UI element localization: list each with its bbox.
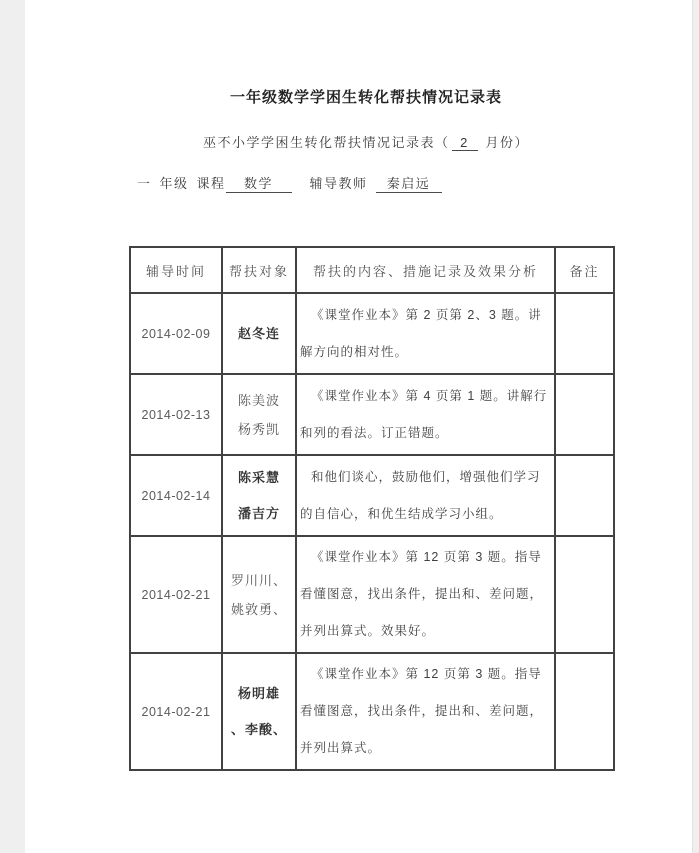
table-row: 2014-02-09 赵冬连 《课堂作业本》第 2 页第 2、3 题。讲解方向的… [130,293,614,374]
col-header-students: 帮扶对象 [222,247,296,293]
col-header-content: 帮扶的内容、措施记录及效果分析 [296,247,555,293]
cell-note [555,293,614,374]
subtitle-line: 巫不小学学困生转化帮扶情况记录表（2月份） [129,132,603,151]
subtitle-suffix: 月份） [486,135,530,150]
record-table-body: 2014-02-09 赵冬连 《课堂作业本》第 2 页第 2、3 题。讲解方向的… [130,293,614,770]
cell-record-content: 和他们谈心，鼓励他们，增强他们学习的自信心，和优生结成学习小组。 [296,455,555,536]
cell-tutoring-date: 2014-02-13 [130,374,222,455]
cell-tutoring-date: 2014-02-21 [130,536,222,653]
page-title: 一年级数学学困生转化帮扶情况记录表 [129,86,603,107]
cell-tutoring-date: 2014-02-14 [130,455,222,536]
cell-note [555,455,614,536]
left-page-margin [0,0,26,853]
cell-record-content: 《课堂作业本》第 2 页第 2、3 题。讲解方向的相对性。 [296,293,555,374]
course-label: 课程 [197,176,226,191]
table-row: 2014-02-21 杨明雄、李酸、 《课堂作业本》第 12 页第 3 题。指导… [130,653,614,770]
document-page: 一年级数学学困生转化帮扶情况记录表 巫不小学学困生转化帮扶情况记录表（2月份） … [25,0,693,853]
cell-record-content: 《课堂作业本》第 12 页第 3 题。指导看懂图意，找出条件，提出和、差问题，并… [296,536,555,653]
teacher-label: 辅导教师 [310,176,368,191]
table-row: 2014-02-21 罗川川、姚敦勇、 《课堂作业本》第 12 页第 3 题。指… [130,536,614,653]
col-header-note: 备注 [555,247,614,293]
grade-value: 一 [137,176,152,191]
right-page-margin [692,0,699,853]
grade-label: 年级 [160,176,189,191]
table-row: 2014-02-13 陈美波杨秀凯 《课堂作业本》第 4 页第 1 题。讲解行和… [130,374,614,455]
cell-student-names: 杨明雄、李酸、 [222,653,296,770]
cell-student-names: 赵冬连 [222,293,296,374]
cell-tutoring-date: 2014-02-21 [130,653,222,770]
cell-note [555,374,614,455]
col-header-time: 辅导时间 [130,247,222,293]
cell-record-content: 《课堂作业本》第 4 页第 1 题。讲解行和列的看法。订正错题。 [296,374,555,455]
course-field: 数学 [226,173,292,193]
cell-student-names: 罗川川、姚敦勇、 [222,536,296,653]
header-row: 辅导时间 帮扶对象 帮扶的内容、措施记录及效果分析 备注 [130,247,614,293]
subtitle-month-field: 2 [452,135,478,151]
cell-note [555,536,614,653]
document-content: 一年级数学学困生转化帮扶情况记录表 巫不小学学困生转化帮扶情况记录表（2月份） … [129,0,603,771]
cell-note [555,653,614,770]
teacher-field: 秦启远 [376,173,442,193]
cell-student-names: 陈美波杨秀凯 [222,374,296,455]
record-table-header: 辅导时间 帮扶对象 帮扶的内容、措施记录及效果分析 备注 [130,247,614,293]
cell-student-names: 陈采慧潘吉方 [222,455,296,536]
subtitle-prefix: 巫不小学学困生转化帮扶情况记录表（ [203,135,450,150]
record-table: 辅导时间 帮扶对象 帮扶的内容、措施记录及效果分析 备注 2014-02-09 … [129,246,615,771]
cell-tutoring-date: 2014-02-09 [130,293,222,374]
table-row: 2014-02-14 陈采慧潘吉方 和他们谈心，鼓励他们，增强他们学习的自信心，… [130,455,614,536]
info-line: 一年级课程数学辅导教师秦启远 [129,173,603,193]
cell-record-content: 《课堂作业本》第 12 页第 3 题。指导看懂图意，找出条件，提出和、差问题，并… [296,653,555,770]
